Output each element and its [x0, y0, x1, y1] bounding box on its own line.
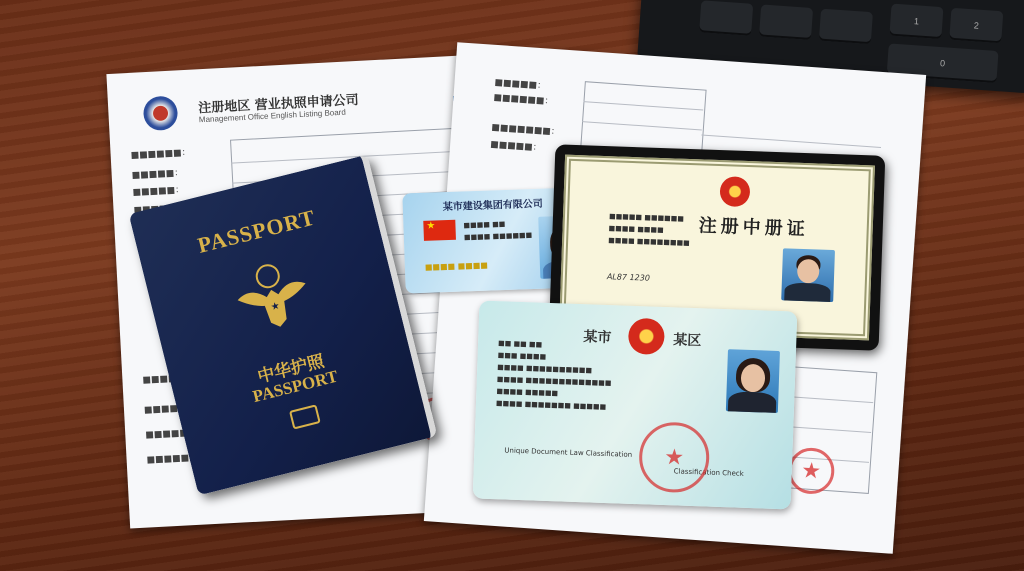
certificate-title: 注册中册证 [698, 211, 809, 241]
card-header: 某市建设集团有限公司 [443, 195, 543, 213]
card-footer-left: Unique Document Law Classification [504, 446, 632, 458]
card-title-right: 某区 [673, 329, 702, 350]
emblem-icon [143, 95, 179, 131]
card-title-left: 某市 [583, 326, 612, 347]
passport-title: PASSPORT [137, 190, 376, 273]
resident-photo [726, 349, 780, 413]
residence-permit-card: 某市 某区 ■■ ■■ ■■ ■■■ ■■■■ ■■■■ ■■■■■■■■■■ … [473, 301, 798, 510]
china-flag-icon [423, 220, 456, 241]
certificate-number: AL87 1230 [607, 272, 650, 282]
certificate-photo [781, 248, 835, 302]
national-emblem-icon [719, 176, 750, 207]
biometric-chip-icon [289, 404, 321, 429]
national-emblem-icon [628, 318, 665, 355]
eagle-emblem-icon: ★ [226, 253, 321, 340]
red-seal-stamp: ★ [638, 421, 710, 493]
